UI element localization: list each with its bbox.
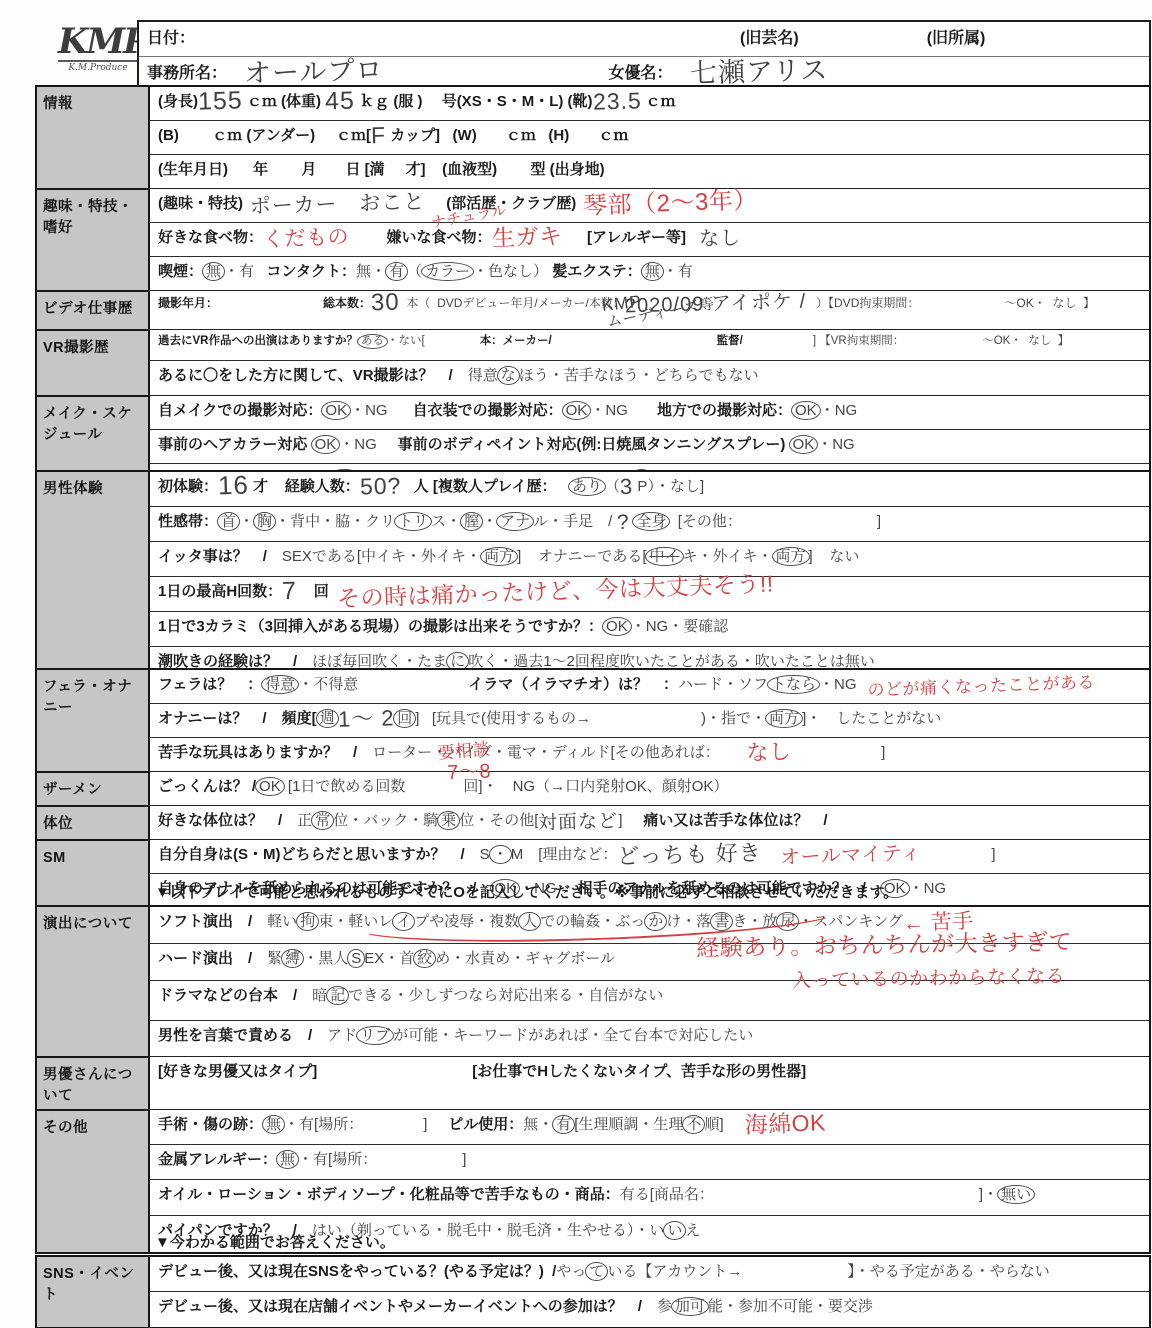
printed-text: 軽い [267,913,297,930]
spacer [363,1128,423,1129]
handwritten-annotation: 琴部（2〜3年） [576,199,758,210]
printed-text: 本：メーカー/ [480,335,552,347]
experience-table: 男性体験初体験：16 才 経験人数：50? 人 [複数人プレイ歴： あり（3 P… [35,470,1151,683]
handwritten-entry: 50? [360,483,401,489]
circled-answer: 胸 [253,512,276,531]
printed-text: 嫌いな食べ物： [349,229,492,246]
printed-text: ・色なし） [473,263,548,280]
printed-text: ・有 [663,263,693,280]
spacer [921,858,991,859]
section-label-vr: VR撮影歴 [37,329,150,395]
printed-text: 喫煙： [158,263,203,280]
handwritten-entry: どっちも 好き [617,851,762,859]
printed-text: での輪姦・ぶっ [540,913,645,930]
circled-answer: 膣 [460,512,483,531]
printed-text: (旧芸名) [740,30,799,47]
printed-text: )・指で・ [701,710,766,727]
circled-answer: な [497,366,520,385]
form-row: (身長)155 ｃｍ (体重) 45 ｋｇ (服 ) 号(XS・S・M・L) (… [150,87,1149,120]
scanned-interview-form: KMP K.M.Produce 日付：(旧芸名)(旧所属)事務所名： オールプロ… [0,0,1152,1328]
printed-text: え [685,1222,700,1239]
form-row: ドラマなどの台本 / 暗記できる・少しずつなら対応出来る・自信がない [150,980,1149,1020]
form-row: 事前のヘアカラー対応 OK・NG 事前のボディペイント対応(例:日焼風タンニング… [150,429,1149,463]
printed-text: 過去にVR作品への出演はありますか？ [158,335,358,347]
printed-text: ピル使用： [427,1116,523,1133]
handwritten-entry: オールプロ [227,68,384,77]
printed-text: 暗 [312,987,327,1004]
header-row: 日付：(旧芸名)(旧所属) [139,22,1149,56]
printed-text: ] オナニーである[ [517,548,646,565]
form-row: オナニーは？ / 頻度[週1〜 2回] [玩具で(使用するもの→)・指で・両方]… [150,703,1149,737]
spacer [377,1163,462,1164]
spacer [743,343,813,344]
form-row: (B) ｃｍ (アンダー) ｃｍ[F カップ] (W) ｃｍ (H) ｃｍ [150,120,1149,154]
spacer [591,722,701,723]
handwritten-entry: ? [616,521,629,526]
form-row: 苦手な玩具はありますか？ / ローター・バイブ・電マ・ディルド[その他あれば： … [150,737,1149,771]
printed-text: いる【アカウント→ [607,1263,742,1280]
section-label-experience: 男性体験 [37,472,150,681]
printed-text: [1日で飲める回数 [284,778,406,795]
printed-text: 手術・傷の跡： [158,1116,263,1133]
printed-text: 順] [704,1116,723,1133]
handwritten-annotation: ← 苦手 [903,920,974,927]
circled-answer: か [644,912,667,931]
header-table: 日付：(旧芸名)(旧所属)事務所名： オールプロ女優名： 七瀬アリス [137,20,1151,95]
printed-text: ・有[場所： [284,1116,363,1133]
printed-text: ] [877,513,881,530]
printed-text: ] [991,846,995,863]
form-row: イッタ事は？ / SEXである[中イキ・外イキ・両方] オナニーである[中イキ・… [150,541,1149,576]
handwritten-annotation: その時は痛かったけど、今は大丈夫そう!! [337,581,774,601]
printed-text: 本（ DVDデビュー年月/メーカー/本数： [400,296,625,310]
form-row: オイル・ローション・ボディソープ・化粧品等で苦手なもの・商品：有る[商品名：]・… [150,1179,1149,1215]
printed-text: 性感帯： [158,513,218,530]
circled-answer: い [663,1221,686,1240]
printed-text: 1日の最高H回数： [158,583,282,600]
printed-text: ごっくんは？ / [158,778,256,795]
circled-answer: 両方 [772,547,810,566]
printed-text: 位・バック・騎 [333,812,438,829]
sns-event-table: SNS・イベントデビュー後、又は現在SNSをやっている？(やる予定は？) /やっ… [35,1255,1151,1328]
form-row: 金属アレルギー：無・有[場所：] [150,1144,1149,1179]
printed-text: が可能・キーワードがあれば・全て台本で対応したい [393,1027,753,1044]
form-row: デビュー後、又は現在SNSをやっている？(やる予定は？) /やっている【アカウン… [150,1257,1149,1291]
section-label-sm: SM [37,839,150,907]
printed-text: 位・その他[ [459,812,538,829]
printed-text: イッタ事は？ / [158,548,282,565]
handwritten-entry: 30 [371,301,400,307]
section-label-hobby: 趣味・特技・嗜好 [37,188,150,290]
circled-answer: 全身 [632,512,670,531]
form-row: ソフト演出 / 軽い拘束・軽いレイプや凌辱・複数人での輪姦・ぶっかけ・落書き・放… [150,907,1149,943]
printed-text: （ [407,263,422,280]
spacer [317,1075,472,1076]
form-row: 手術・傷の跡：無・有[場所：] ピル使用：無・有[生理順調・生理不順] 海綿OK [150,1109,1149,1144]
printed-text: 痛い又は苦手な体位は？ / [623,812,828,829]
circled-answer: トなら [767,675,820,694]
circled-answer: ・ [489,845,512,864]
printed-text: ・黒人 [303,950,348,967]
section-label-others: その他 [37,1109,150,1252]
printed-text: オナニーは？ / 頻度[ [158,710,317,727]
printed-text: 自メイクでの撮影対応： [158,402,322,419]
handwritten-entry: F [371,133,386,138]
circled-answer: トリ [394,512,432,531]
printed-text: イラマ（イラマチオ）は？ ： [468,676,678,693]
spacer [383,77,608,78]
printed-text: オイル・ローション・ボディソープ・化粧品等で苦手なもの・商品： [158,1186,620,1203]
form-row: 自メイクでの撮影対応：OK・NG 自衣装での撮影対応：OK・NG 地方での撮影対… [150,395,1149,429]
printed-text: できる・少しずつなら対応出来る・自信がない [348,987,663,1004]
handwritten-entry: 155 [198,98,243,104]
printed-text: [生理順調・生理 [574,1116,683,1133]
printed-text: 正 [297,812,312,829]
form-row: 撮影年月：総本数：30 本（ DVDデビュー年月/メーカー/本数：2020/09… [150,290,1149,329]
printed-text: 回]・ NG（→口内発射OK、顔射OK） [463,778,728,795]
printed-text: 人 [複数人プレイ歴： [401,478,569,495]
printed-text: ス・ [431,513,461,530]
printed-text: (趣味・特技) [158,195,243,212]
circled-answer: 両方 [765,709,803,728]
form-row: 好きな食べ物：くだもの 嫌いな食べ物：生ガキ [アレルギー等] なし [150,222,1149,256]
printed-text: き・放 [732,913,777,930]
printed-text: P）・なし] [633,478,704,495]
printed-text: ハード・ソフ [678,676,768,693]
printed-text: ] ない [809,548,860,565]
spacer [358,688,468,689]
printed-text: ハード演出 / [158,950,267,967]
printed-text: ・有[場所： [298,1151,377,1168]
printed-text: ・不得意 [298,676,358,693]
printed-text: ｋｇ (服 ) 号(XS・S・M・L) (靴) [355,93,592,110]
handwritten-entry: 七瀬アリス [672,68,827,77]
printed-text: 得意 [468,367,498,384]
spacer [742,525,877,526]
handwritten-entry: ポーカー おこと [243,201,425,210]
printed-text: ・NG・要確認 [631,618,729,635]
printed-text: 能・参加不可能・要交渉 [708,1298,873,1315]
handwritten-annotation: のどが痛くなったことがある [857,681,1095,693]
form-row: 初体験：16 才 経験人数：50? 人 [複数人プレイ歴： あり（3 P）・なし… [150,472,1149,506]
section-label-fella: フェラ・オナニー [37,670,150,771]
printed-text: ] 【VR拘束期間： [813,335,904,347]
printed-text: M [理由など： [511,846,618,863]
circled-answer: OK [791,401,821,420]
form-row: 性感帯：首・胸・背中・脇・クリトリス・膣・アナル・手足 / ? 全身 [その他：… [150,506,1149,541]
circled-answer: 不 [682,1115,705,1134]
printed-text: [お仕事でHしたくないタイプ、苦手な形の男性器] [472,1063,806,1080]
form-row: あるに〇をした方に関して、VR撮影は？ / 得意なほう・苦手なほう・どちらでもな… [150,360,1149,395]
spacer [919,306,1004,307]
form-row: 喫煙：無・有 コンタクト：無・有（カラー・色なし） 髪エクステ：無・有 [150,256,1149,290]
printed-text: ・背中・脇・クリ [275,513,395,530]
handwritten-entry: 対面など [538,820,618,826]
circled-answer: アナ [496,512,534,531]
form-row: 男性を言葉で責める / アドリブが可能・キーワードがあれば・全て台本で対応したい [150,1020,1149,1056]
printed-text: ] [玩具で(使用するもの→ [415,710,591,727]
circled-answer: リブ [356,1026,394,1045]
form-row: ごっくんは？ /OK [1日で飲める回数回]・ NG（→口内発射OK、顔射OK） [150,771,1149,805]
section-label-actors: 男優さんについて [37,1056,150,1109]
handwritten-entry: 23.5 [592,98,641,104]
circled-answer: 両方 [480,547,518,566]
printed-text: ローター・バイブ・電マ・ディルド[その他あれば： [372,744,720,761]
printed-text: ・NG [350,402,388,419]
printed-text: (部活歴・クラブ歴) [425,195,576,212]
printed-text: ・スパンキング [798,913,903,930]
section-label-info: 情報 [37,87,150,188]
spacer [425,343,480,344]
printed-text: ソフト演出 / [158,913,267,930]
circled-answer: 絞 [413,949,436,968]
handwritten-annotation: 生ガキ [491,234,562,241]
printed-text: 地方での撮影対応： [628,402,792,419]
section-label-video: ビデオ仕事歴 [37,290,150,329]
printed-text: け・落 [666,913,711,930]
kmp-logo: KMP K.M.Produce [58,26,138,73]
handwritten-entry: 7 [282,589,297,594]
printed-text: ] [881,744,885,761]
printed-text: 事務所名： [147,65,227,82]
printed-text: 】・やる予定がある・やらない [847,1263,1050,1280]
circled-answer: OK [255,777,285,796]
printed-text: やっ [556,1263,586,1280]
printed-text: [好きな男優又はタイプ] [158,1063,317,1080]
printed-text: (旧所属) [927,30,986,47]
circled-answer: 無 [202,262,225,281]
spacer [552,343,717,344]
printed-text: ・NG [817,436,855,453]
preferences-table: フェラ・オナニーフェラは？ ：得意・不得意イラマ（イラマチオ）は？ ：ハード・ソ… [35,668,1151,909]
printed-text: ）【DVD拘束期間： [806,296,919,310]
circled-answer: OK [562,401,592,420]
spacer [218,306,323,307]
printed-text: 監督/ [717,335,743,347]
production-table: 演出についてソフト演出 / 軽い拘束・軽いレイプや凌辱・複数人での輪姦・ぶっかけ… [35,905,1151,1254]
printed-text: ・NG [590,402,628,419]
handwritten-entry: なし [686,236,741,241]
printed-text: 事前のヘアカラー対応 [158,436,312,453]
form-row: [好きな男優又はタイプ][お仕事でHしたくないタイプ、苦手な形の男性器] [150,1056,1149,1109]
printed-text: ]・ したことがない [802,710,941,727]
printed-text: [その他： [669,513,742,530]
circled-answer: カラー [421,262,474,281]
handwritten-entry: 2020/09 アイポケ / [625,300,806,309]
form-row: 過去にVR作品への出演はありますか？ある・ない[本：メーカー/監督/] 【VR拘… [150,329,1149,360]
printed-text: ドラマなどの台本 / [158,987,312,1004]
handwritten-entry: 1〜 2 [338,716,395,722]
form-row: 1日で3カラミ（3回挿入がある現場）の撮影は出来そうですか？：OK・NG・要確認 [150,611,1149,646]
circled-answer: 有 [385,262,408,281]
handwritten-entry: 16 [218,483,249,489]
section-label-semen: ザーメン [37,771,150,805]
circled-answer: 中イ [645,547,683,566]
circled-answer: OK [602,617,632,636]
printed-text: 好きな食べ物： [158,229,263,246]
circled-answer: 有 [552,1115,575,1134]
printed-text: (生年月日) 年 月 日 [満 才] (血液型) 型 (出身地) [158,161,605,178]
circled-answer: 無 [276,1150,299,1169]
printed-text: 有る[商品名： [620,1186,714,1203]
handwritten-annotation: 海綿OK [724,1120,826,1128]
circled-answer: OK [321,401,351,420]
printed-text: アド [327,1027,357,1044]
circled-answer: あり [568,477,606,496]
printed-text: フェラは？ ： [158,676,262,693]
circled-answer: 人 [518,912,541,931]
circled-answer: イ [392,912,415,931]
circled-answer: 首 [217,512,240,531]
printed-text: デビュー後、又は現在SNSをやっている？(やる予定は？) / [158,1263,556,1280]
spacer [714,1198,979,1199]
circled-answer: 縛 [281,949,304,968]
printed-text: 無・ [523,1116,553,1133]
printed-text: 男性を言葉で責める / [158,1027,327,1044]
kmp-logo-text: KMP [58,26,138,58]
circled-answer: 拘 [296,912,319,931]
spacer [405,790,463,791]
printed-text: ・ [482,513,497,530]
handwritten-entry: 3 [620,485,633,490]
printed-text: あるに〇をした方に関して、VR撮影は？ / [158,367,468,384]
printed-text: 苦手な玩具はありますか？ / [158,744,372,761]
printed-text: (B) ｃｍ (アンダー) ｃｍ[ [158,127,371,144]
circled-answer: て [585,1262,608,1281]
printed-text: 自衣装での撮影対応： [388,402,563,419]
printed-text: 参 [657,1298,672,1315]
circled-answer: 常 [311,811,334,830]
circled-answer: 書 [710,912,733,931]
answer-scope-note: ▼今わかる範囲でお答えください。 [155,1231,395,1252]
play-instruction-note: ▼以下プレイで可能と思われるものすべてにOを記入してください。※事前に必ずご相談… [155,881,898,902]
printed-text: コンタクト： [254,263,356,280]
circled-answer: OK [311,435,341,454]
printed-text: 撮影年月： [158,296,218,310]
printed-text: 無・ [356,263,386,280]
spacer [791,756,881,757]
form-row: 1日の最高H回数：7 回 その時は痛かったけど、今は大丈夫そう!! [150,576,1149,611]
spacer [742,1275,847,1276]
form-row: 好きな体位は？ / 正常位・バック・騎乗位・その他[対面など] 痛い又は苦手な体… [150,805,1149,839]
circled-answer: 回 [393,709,416,728]
handwritten-entry: 45 [325,99,355,105]
printed-text: プや凌辱・複数 [414,913,519,930]
printed-text: ・NG [339,436,377,453]
printed-text: 金属アレルギー： [158,1151,277,1168]
form-row: (生年月日) 年 月 日 [満 才] (血液型) 型 (出身地) [150,154,1149,188]
printed-text: 才 経験人数： [249,478,360,495]
printed-text: ・NG [819,676,857,693]
printed-text: 1日で3カラミ（3回挿入がある現場）の撮影は出来そうですか？： [158,618,603,635]
circled-answer: 無い [997,1185,1035,1204]
handwritten-annotation: くだもの [263,236,349,243]
circled-answer: 加可 [671,1297,709,1316]
printed-text: 緊 [267,950,282,967]
printed-text: ほう・苦手なほう・どちらでもない [519,367,759,384]
form-row: 自分自身は(S・M)どちらだと思いますか？ / S・M [理由など：どっちも 好… [150,839,1149,873]
profile-table: 情報(身長)155 ｃｍ (体重) 45 ｋｇ (服 ) 号(XS・S・M・L)… [35,85,1151,499]
printed-text: ・有 [224,263,254,280]
printed-text: ・NG [909,880,947,897]
printed-text: キ・外イキ・ [683,548,773,565]
printed-text: 自分自身は(S・M)どちらだと思いますか？ / [158,846,480,863]
printed-text: EX・首 [364,950,414,967]
spacer [799,42,927,43]
circled-answer: S [347,949,365,968]
printed-text: 〜OK・ なし 】 [1004,296,1095,310]
printed-text: ｃｍ [641,93,675,110]
printed-text: 事前のボディペイント対応(例:日焼風タンニングスプレー) [377,436,790,453]
circled-answer: 尿 [776,912,799,931]
circled-answer: OK [789,435,819,454]
form-row: デビュー後、又は現在店舗イベントやメーカーイベントへの参加は？ / 参加可能・参… [150,1291,1149,1327]
section-label-sns: SNS・イベント [37,1257,150,1327]
printed-text: ・ない[ [387,335,425,347]
printed-text: 髪エクステ： [548,263,642,280]
printed-text: ・ [239,513,254,530]
printed-text: ｃｍ (体重) [243,93,326,110]
printed-text: 初体験： [158,478,218,495]
circled-answer: 週 [316,709,339,728]
handwritten-annotation: オールマイティ [762,851,921,861]
spacer [904,343,982,344]
printed-text: カップ] (W) ｃｍ (H) ｃｍ [386,127,628,144]
spacer [195,42,740,43]
circled-answer: ある [357,334,388,349]
printed-text: デビュー後、又は現在店舗イベントやメーカーイベントへの参加は？ / [158,1298,657,1315]
printed-text: め・水責め・ギャグボール [435,950,615,967]
printed-text: ル・手足 / [533,513,616,530]
printed-text: 女優名： [608,65,672,82]
printed-text: SEXである[中イキ・外イキ・ [282,548,481,565]
printed-text: 回 [297,583,337,600]
handwritten-annotation: なし [720,750,792,757]
printed-text: ・NG [820,402,858,419]
circled-answer: 得意 [261,675,299,694]
printed-text: 日付： [147,30,195,47]
circled-answer: 乗 [437,811,460,830]
printed-text: 総本数： [323,296,371,310]
printed-text: 〜OK・ なし 】 [982,335,1069,347]
form-row: (趣味・特技) ポーカー おこと (部活歴・クラブ歴) 琴部（2〜3年） [150,188,1149,222]
form-row: フェラは？ ：得意・不得意イラマ（イラマチオ）は？ ：ハード・ソフトなら・NG … [150,670,1149,703]
circled-answer: 記 [326,986,349,1005]
printed-text: 束・軽いレ [318,913,393,930]
printed-text: [アレルギー等] [562,229,686,246]
printed-text: (身長) [158,93,198,110]
printed-text: （ [605,478,620,495]
circled-answer: 無 [641,262,664,281]
section-label-direction: 演出について [37,907,150,1056]
printed-text: ]・ [979,1186,998,1203]
printed-text: ] [462,1151,466,1168]
form-row: ハード演出 / 緊縛・黒人SEX・首絞め・水責め・ギャグボール [150,943,1149,980]
section-label-position: 体位 [37,805,150,839]
circled-answer: 無 [262,1115,285,1134]
printed-text: 好きな体位は？ / [158,812,297,829]
